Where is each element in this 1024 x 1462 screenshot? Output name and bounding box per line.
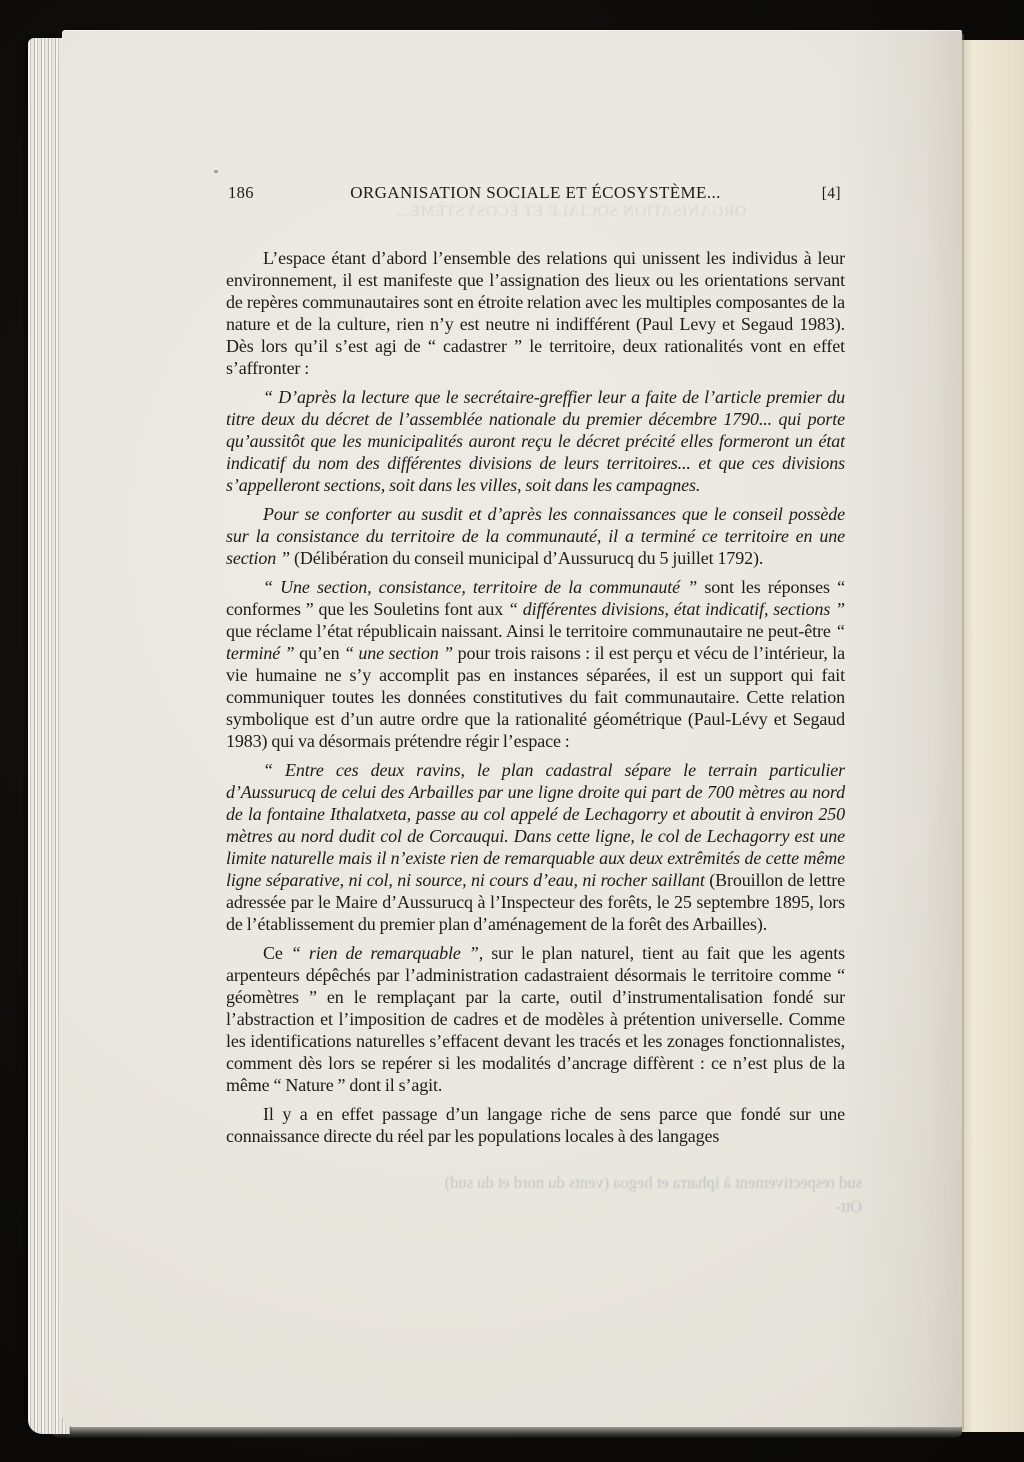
paragraph-6: Ce “ rien de remarquable ”, sur le plan … [226,942,845,1096]
paragraph-2-text: “ D’après la lecture que le secrétaire-g… [226,387,845,495]
paragraph-4: “ Une section, consistance, territoire d… [226,576,845,752]
paragraph-5-quote: “ Entre ces deux ravins, le plan cadastr… [226,759,845,935]
ghost-show-through-line: sud respectivement à ipharra et hegoa (v… [302,1173,862,1193]
paragraph-7: Il y a en effet passage d’un langage ric… [226,1103,845,1147]
paragraph-4-seg-5: qu’en [299,643,344,663]
paragraph-4-seg-3: que réclame l’état républicain naissant.… [226,621,835,641]
dust-speck [214,170,218,173]
running-title: ORGANISATION SOCIALE ET ÉCOSYSTÈME... [226,183,845,203]
paragraph-1-text: L’espace étant d’abord l’ensemble des re… [226,248,845,378]
paragraph-4-seg-2: “ différentes divisions, état indicatif,… [508,599,845,619]
ghost-show-through-fragment: Ott- [762,1197,862,1217]
paragraph-3-quote: Pour se conforter au susdit et d’après l… [226,503,845,569]
paragraph-6-seg-0: Ce [263,943,291,963]
paragraph-1: L’espace étant d’abord l’ensemble des re… [226,247,845,379]
facing-page-edge [958,40,1024,1432]
paragraph-6-seg-1: “ rien de remarquable ” [291,943,479,963]
running-head: 186 ORGANISATION SOCIALE ET ÉCOSYSTÈME..… [226,183,845,207]
body-copy: L’espace étant d’abord l’ensemble des re… [226,247,845,1147]
paragraph-2-quote: “ D’après la lecture que le secrétaire-g… [226,386,845,496]
paragraph-6-seg-2: , sur le plan naturel, tient au fait que… [226,943,845,1095]
section-marker: [4] [822,185,841,203]
paragraph-3-citation: (Délibération du conseil municipal d’Aus… [294,548,763,568]
paragraph-7-text: Il y a en effet passage d’un langage ric… [226,1104,845,1146]
scanned-book-photo: { "page": { "number": "186", "running_ti… [0,0,1024,1462]
paragraph-4-seg-6: “ une section ” [344,643,458,663]
book-page: ORGANISATION SOCIALE ET ÉCOSYSTÈME... su… [62,30,962,1427]
text-block: 186 ORGANISATION SOCIALE ET ÉCOSYSTÈME..… [226,183,845,1147]
paragraph-4-seg-0: “ Une section, consistance, territoire d… [263,577,704,597]
